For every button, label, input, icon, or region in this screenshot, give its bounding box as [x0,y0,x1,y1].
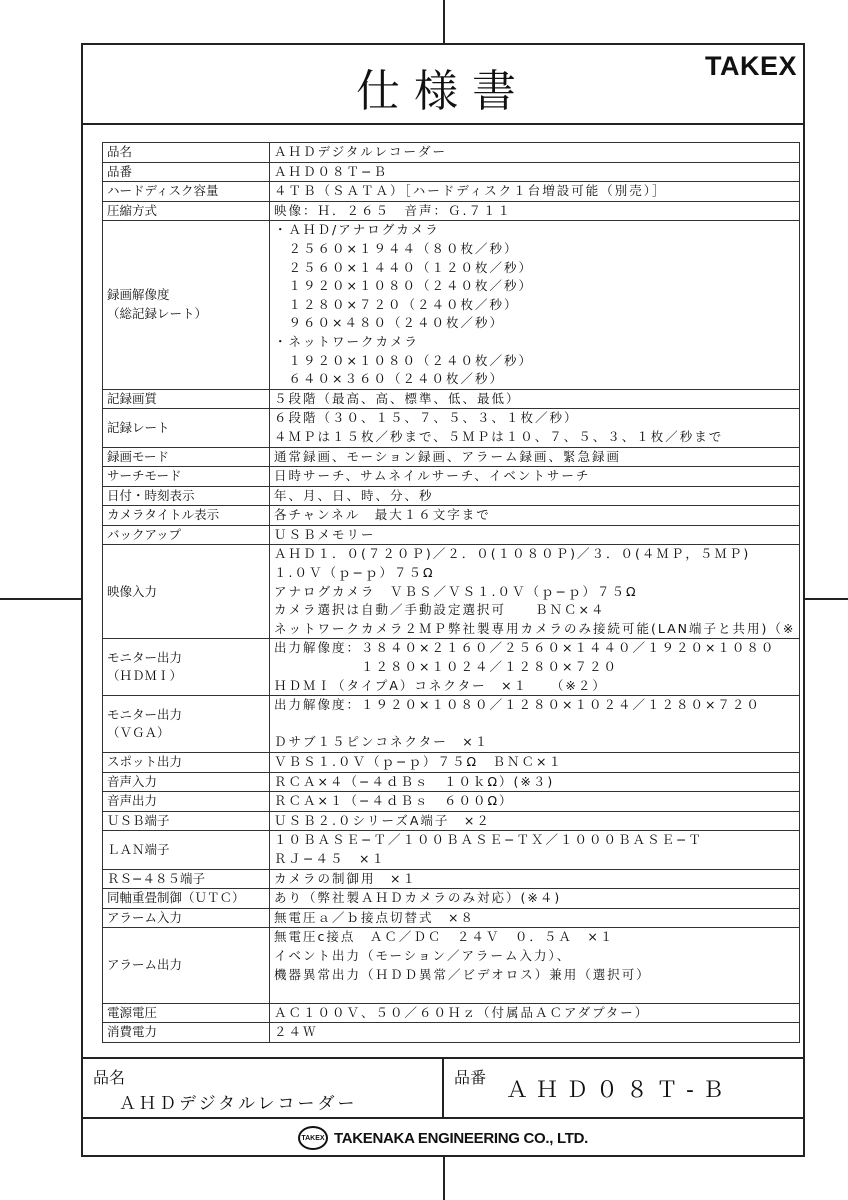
spec-value-line: １９２０×１０８０（２４０枚／秒） [274,277,795,296]
spec-value: ＡＨＤ１．０(７２０Ｐ)／２．０(１０８０Ｐ)／３．０(４ＭＰ，５ＭＰ)１.０Ｖ… [270,545,800,639]
page-title: 仕様書 [83,55,803,119]
product-number-caption: 品番 [454,1065,486,1088]
spec-value-line: ＲＪ−４５ ×１ [274,850,795,869]
spec-value-line: 出力解像度：３８４０×２１６０／２５６０×１４４０／１９２０×１０８０ [274,639,795,658]
table-row: 品名ＡＨＤデジタルレコーダー [103,143,800,163]
registration-mark-right [805,598,848,600]
spec-value: 日時サーチ、サムネイルサーチ、イベントサーチ [270,467,800,487]
spec-value-line: イベント出力（モーション／アラーム入力）、 [274,947,795,966]
registration-mark-top [443,0,445,43]
table-row: モニター出力（ＨＤＭＩ）出力解像度：３８４０×２１６０／２５６０×１４４０／１９… [103,639,800,696]
table-row: 記録画質５段階（最高、高、標準、低、最低） [103,389,800,409]
spec-label: アラーム出力 [103,928,270,1003]
spec-sheet-frame: 仕様書 TAKEX 品名ＡＨＤデジタルレコーダー品番ＡＨＤ０８Ｔ−Ｂハードディス… [81,43,805,1157]
spec-value-line: カメラ選択は自動／手動設定選択可 ＢＮＣ×４ [274,601,795,620]
spec-value-line: あり（弊社製ＡＨＤカメラのみ対応）(※４) [274,889,795,908]
spec-label-line: ＲＳ−４８５端子 [107,870,265,889]
table-row: 同軸重畳制御（ＵＴＣ）あり（弊社製ＡＨＤカメラのみ対応）(※４) [103,889,800,909]
spec-label: 映像入力 [103,545,270,639]
spec-label-line: 録画解像度 [107,286,265,305]
table-row: ハードディスク容量４ＴＢ（ＳＡＴＡ）［ハードディスク１台増設可能（別売）］ [103,182,800,202]
spec-value: 年、月、日、時、分、秒 [270,486,800,506]
registration-mark-bottom [443,1157,445,1200]
spec-value-line: ＶＢＳ１.０Ｖ（ｐ−ｐ）７５Ω ＢＮＣ×１ [274,753,795,772]
title-box: 仕様書 TAKEX [83,45,803,125]
spec-value-line: 無電圧c接点 ＡＣ／ＤＣ ２４Ｖ ０．５Ａ ×１ [274,928,795,947]
spec-value: カメラの制御用 ×１ [270,869,800,889]
spec-value: ４ＴＢ（ＳＡＴＡ）［ハードディスク１台増設可能（別売）］ [270,182,800,202]
spec-value-line: 機器異常出力（ＨＤＤ異常／ビデオロス）兼用（選択可） [274,966,795,985]
spec-label-line: モニター出力 [107,649,265,668]
footer-product-name-cell: 品名 ＡＨＤデジタルレコーダー [83,1059,444,1117]
spec-value: ・ＡＨＤ/アナログカメラ ２５６０×１９４４（８０枚／秒） ２５６０×１４４０（… [270,221,800,389]
spec-value: 通常録画、モーション録画、アラーム録画、緊急録画 [270,447,800,467]
spec-label-line: アラーム入力 [107,909,265,928]
spec-label: 品番 [103,162,270,182]
spec-label: サーチモード [103,467,270,487]
spec-label: スポット出力 [103,753,270,773]
spec-label: モニター出力（ＶＧＡ） [103,696,270,753]
spec-label-line: 同軸重畳制御（ＵＴＣ） [107,889,265,908]
spec-value-line: ６４０×３６０（２４０枚／秒） [274,370,795,389]
spec-value-line: Ｄサブ１５ピンコネクター ×１ [274,733,795,752]
spec-label: 品名 [103,143,270,163]
spec-label: アラーム入力 [103,908,270,928]
spec-value-line: 日時サーチ、サムネイルサーチ、イベントサーチ [274,467,795,486]
spec-label-line: 品名 [107,143,265,162]
spec-value: 映像：Ｈ．２６５ 音声：Ｇ.７１１ [270,201,800,221]
spec-label: 圧縮方式 [103,201,270,221]
spec-value-line: 各チャンネル 最大１６文字まで [274,506,795,525]
spec-value-line: ４ＴＢ（ＳＡＴＡ）［ハードディスク１台増設可能（別売）］ [274,182,795,201]
company-logo-icon: TAKEX [298,1126,328,1150]
table-row: ＬＡＮ端子１０ＢＡＳＥ−Ｔ／１００ＢＡＳＥ−ＴＸ／１０００ＢＡＳＥ−ＴＲＪ−４５… [103,831,800,869]
spec-value: １０ＢＡＳＥ−Ｔ／１００ＢＡＳＥ−ＴＸ／１０００ＢＡＳＥ−ＴＲＪ−４５ ×１ [270,831,800,869]
spec-label-line: 音声入力 [107,773,265,792]
table-row: 消費電力２４Ｗ [103,1023,800,1043]
registration-mark-left [0,598,81,600]
spec-label: 電源電圧 [103,1003,270,1023]
spec-value-line: ＡＨＤデジタルレコーダー [274,143,795,162]
spec-value-line: 通常録画、モーション録画、アラーム録画、緊急録画 [274,448,795,467]
footer-product-number-cell: 品番 ＡＨＤ０８Ｔ-Ｂ [444,1059,803,1117]
spec-label: 録画解像度（総記録レート） [103,221,270,389]
table-row: モニター出力（ＶＧＡ）出力解像度：１９２０×１０８０／１２８０×１０２４／１２８… [103,696,800,753]
spec-value-line: 出力解像度：１９２０×１０８０／１２８０×１０２４／１２８０×７２０ [274,696,795,715]
table-row: 日付・時刻表示年、月、日、時、分、秒 [103,486,800,506]
table-row: ＲＳ−４８５端子カメラの制御用 ×１ [103,869,800,889]
spec-value-line: アナログカメラ ＶＢＳ／ＶＳ１.０Ｖ（ｐ−ｐ）７５Ω [274,583,795,602]
spec-value: あり（弊社製ＡＨＤカメラのみ対応）(※４) [270,889,800,909]
brand-logo: TAKEX [705,51,797,82]
table-row: 電源電圧ＡＣ１００Ｖ、５０／６０Ｈｚ（付属品ＡＣアダプター） [103,1003,800,1023]
spec-label-line: 品番 [107,163,265,182]
table-row: バックアップＵＳＢメモリー [103,525,800,545]
company-banner: TAKEX TAKENAKA ENGINEERING CO., LTD. [83,1119,803,1157]
spec-value-line: ・ネットワークカメラ [274,333,795,352]
spec-value: ＡＨＤ０８Ｔ−Ｂ [270,162,800,182]
spec-value-line: ＨＤＭＩ（タイプA）コネクター ×１ （※２） [274,677,795,696]
table-row: アラーム入力無電圧ａ／ｂ接点切替式 ×８ [103,908,800,928]
spec-value-line: １.０Ｖ（ｐ−ｐ）７５Ω [274,564,795,583]
spec-value-line: ＵＳＢメモリー [274,526,795,545]
spec-value-line: ２５６０×１９４４（８０枚／秒） [274,240,795,259]
spec-label-line: 電源電圧 [107,1004,265,1023]
spec-label-line: カメラタイトル表示 [107,506,265,525]
spec-value-line: ＡＣ１００Ｖ、５０／６０Ｈｚ（付属品ＡＣアダプター） [274,1004,795,1023]
spec-label-line: 映像入力 [107,583,265,602]
spec-value-line [274,984,795,1003]
spec-value-line [274,715,795,734]
spec-value: ＡＨＤデジタルレコーダー [270,143,800,163]
table-row: カメラタイトル表示各チャンネル 最大１６文字まで [103,506,800,526]
spec-value: ＵＳＢ２.０シリーズA端子 ×２ [270,811,800,831]
spec-value-line: １２８０×７２０（２４０枚／秒） [274,296,795,315]
spec-value-line: 映像：Ｈ．２６５ 音声：Ｇ.７１１ [274,202,795,221]
spec-label-line: モニター出力 [107,706,265,725]
table-row: 品番ＡＨＤ０８Ｔ−Ｂ [103,162,800,182]
spec-label-line: バックアップ [107,526,265,545]
footer: 品名 ＡＨＤデジタルレコーダー 品番 ＡＨＤ０８Ｔ-Ｂ TAKEX TAKENA… [83,1057,803,1155]
spec-label: 記録レート [103,409,270,447]
spec-label-line: （総記録レート） [107,305,265,324]
spec-value-line: ９６０×４８０（２４０枚／秒） [274,314,795,333]
spec-value: ２４Ｗ [270,1023,800,1043]
spec-value: ５段階（最高、高、標準、低、最低） [270,389,800,409]
table-row: 音声入力ＲＣＡ×４（−４ｄＢｓ １０ｋΩ）(※３) [103,772,800,792]
spec-label: モニター出力（ＨＤＭＩ） [103,639,270,696]
spec-value: ＲＣＡ×４（−４ｄＢｓ １０ｋΩ）(※３) [270,772,800,792]
product-name-caption: 品名 [93,1065,125,1088]
spec-value: ６段階（３０、１５、７、５、３、１枚／秒）４ＭＰは１５枚／秒まで、５ＭＰは１０、… [270,409,800,447]
spec-label: ＲＳ−４８５端子 [103,869,270,889]
spec-label: 記録画質 [103,389,270,409]
spec-label-line: （ＶＧＡ） [107,724,265,743]
table-row: ＵＳＢ端子ＵＳＢ２.０シリーズA端子 ×２ [103,811,800,831]
spec-value-line: 無電圧ａ／ｂ接点切替式 ×８ [274,909,795,928]
spec-label: バックアップ [103,525,270,545]
spec-value-line: ＵＳＢ２.０シリーズA端子 ×２ [274,812,795,831]
spec-value: 出力解像度：１９２０×１０８０／１２８０×１０２４／１２８０×７２０ Ｄサブ１５… [270,696,800,753]
company-name: TAKENAKA ENGINEERING CO., LTD. [334,1130,588,1147]
spec-label-line: スポット出力 [107,753,265,772]
spec-label: ＬＡＮ端子 [103,831,270,869]
spec-label-line: 圧縮方式 [107,202,265,221]
spec-value-line: ＲＣＡ×４（−４ｄＢｓ １０ｋΩ）(※３) [274,773,795,792]
spec-label: カメラタイトル表示 [103,506,270,526]
table-row: 録画モード通常録画、モーション録画、アラーム録画、緊急録画 [103,447,800,467]
spec-label: 音声出力 [103,792,270,812]
spec-label-line: （ＨＤＭＩ） [107,667,265,686]
spec-value: ＲＣＡ×１（−４ｄＢｓ ６００Ω） [270,792,800,812]
spec-value-line: ２５６０×１４４０（１２０枚／秒） [274,259,795,278]
spec-value-line: 年、月、日、時、分、秒 [274,487,795,506]
spec-value-line: ＲＣＡ×１（−４ｄＢｓ ６００Ω） [274,792,795,811]
spec-value: ＶＢＳ１.０Ｖ（ｐ−ｐ）７５Ω ＢＮＣ×１ [270,753,800,773]
spec-table: 品名ＡＨＤデジタルレコーダー品番ＡＨＤ０８Ｔ−Ｂハードディスク容量４ＴＢ（ＳＡＴ… [102,142,800,1043]
spec-label-line: 音声出力 [107,792,265,811]
spec-value-line: ＡＨＤ０８Ｔ−Ｂ [274,163,795,182]
table-row: アラーム出力無電圧c接点 ＡＣ／ＤＣ ２４Ｖ ０．５Ａ ×１イベント出力（モーシ… [103,928,800,1003]
table-row: 圧縮方式映像：Ｈ．２６５ 音声：Ｇ.７１１ [103,201,800,221]
spec-value-line: １９２０×１０８０（２４０枚／秒） [274,352,795,371]
spec-label-line: 録画モード [107,448,265,467]
spec-label-line: アラーム出力 [107,956,265,975]
spec-label: ＵＳＢ端子 [103,811,270,831]
product-number-value: ＡＨＤ０８Ｔ-Ｂ [506,1073,732,1104]
spec-value: 無電圧ａ／ｂ接点切替式 ×８ [270,908,800,928]
spec-label-line: 記録画質 [107,390,265,409]
table-row: サーチモード日時サーチ、サムネイルサーチ、イベントサーチ [103,467,800,487]
spec-label: 同軸重畳制御（ＵＴＣ） [103,889,270,909]
spec-value-line: ネットワークカメラ２ＭＰ弊社製専用カメラのみ接続可能(LAN端子と共用)（※１） [274,620,795,639]
spec-value: ＵＳＢメモリー [270,525,800,545]
spec-label: 消費電力 [103,1023,270,1043]
spec-label: 録画モード [103,447,270,467]
product-name-value: ＡＨＤデジタルレコーダー [119,1089,358,1114]
spec-value: ＡＣ１００Ｖ、５０／６０Ｈｚ（付属品ＡＣアダプター） [270,1003,800,1023]
table-row: 記録レート６段階（３０、１５、７、５、３、１枚／秒）４ＭＰは１５枚／秒まで、５Ｍ… [103,409,800,447]
spec-label-line: ハードディスク容量 [107,182,265,201]
spec-value-line: ・ＡＨＤ/アナログカメラ [274,221,795,240]
spec-label: 日付・時刻表示 [103,486,270,506]
spec-value-line: ６段階（３０、１５、７、５、３、１枚／秒） [274,409,795,428]
spec-value-line: ２４Ｗ [274,1023,795,1042]
spec-value-line: １２８０×１０２４／１２８０×７２０ [274,658,795,677]
spec-label-line: ＬＡＮ端子 [107,841,265,860]
spec-value-line: カメラの制御用 ×１ [274,870,795,889]
spec-label-line: 消費電力 [107,1023,265,1042]
table-row: 映像入力ＡＨＤ１．０(７２０Ｐ)／２．０(１０８０Ｐ)／３．０(４ＭＰ，５ＭＰ)… [103,545,800,639]
table-row: 音声出力ＲＣＡ×１（−４ｄＢｓ ６００Ω） [103,792,800,812]
spec-value: 出力解像度：３８４０×２１６０／２５６０×１４４０／１９２０×１０８０ １２８０… [270,639,800,696]
spec-label-line: 記録レート [107,419,265,438]
spec-label: ハードディスク容量 [103,182,270,202]
spec-label-line: 日付・時刻表示 [107,487,265,506]
spec-value-line: ５段階（最高、高、標準、低、最低） [274,390,795,409]
spec-label-line: ＵＳＢ端子 [107,812,265,831]
spec-value-line: ４ＭＰは１５枚／秒まで、５ＭＰは１０、７、５、３、１枚／秒まで [274,428,795,447]
spec-label-line: サーチモード [107,467,265,486]
table-row: スポット出力ＶＢＳ１.０Ｖ（ｐ−ｐ）７５Ω ＢＮＣ×１ [103,753,800,773]
spec-label: 音声入力 [103,772,270,792]
spec-value-line: １０ＢＡＳＥ−Ｔ／１００ＢＡＳＥ−ＴＸ／１０００ＢＡＳＥ−Ｔ [274,831,795,850]
spec-value: 無電圧c接点 ＡＣ／ＤＣ ２４Ｖ ０．５Ａ ×１イベント出力（モーション／アラー… [270,928,800,1003]
footer-product-info: 品名 ＡＨＤデジタルレコーダー 品番 ＡＨＤ０８Ｔ-Ｂ [83,1057,803,1119]
spec-value: 各チャンネル 最大１６文字まで [270,506,800,526]
spec-value-line: ＡＨＤ１．０(７２０Ｐ)／２．０(１０８０Ｐ)／３．０(４ＭＰ，５ＭＰ) [274,545,795,564]
table-row: 録画解像度（総記録レート）・ＡＨＤ/アナログカメラ ２５６０×１９４４（８０枚／… [103,221,800,389]
